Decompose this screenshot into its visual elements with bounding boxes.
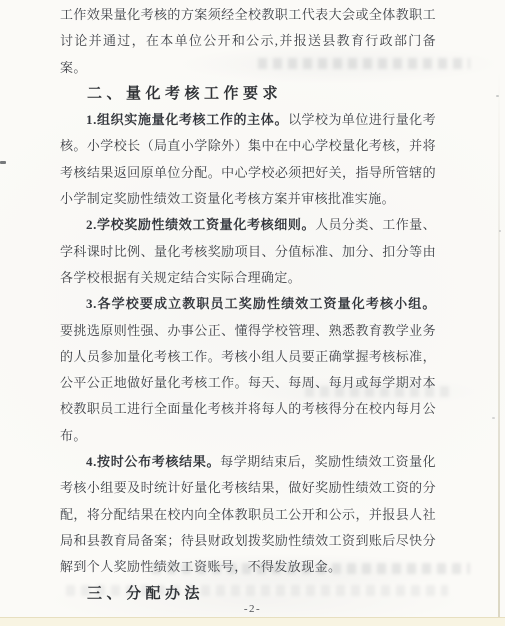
item-3-lead: 3.各学校要成立教职员工奖励性绩效工资量化考核小组。	[86, 296, 436, 311]
scan-bottom-edge	[0, 617, 505, 626]
intro-paragraph: 工作效果量化考核的方案须经全校教职工代表大会或全体教职工讨论并通过，在本单位公开…	[60, 2, 436, 81]
section-heading-2: 二、量化考核工作要求	[60, 81, 436, 107]
scan-bleedthrough-artifact	[152, 563, 470, 574]
scan-speck	[496, 95, 499, 97]
numbered-item-3: 3.各学校要成立教职员工奖励性绩效工资量化考核小组。要挑选原则性强、办事公正、懂…	[60, 291, 436, 449]
scan-edge-line	[498, 70, 500, 626]
scan-bleedthrough-artifact	[305, 386, 450, 397]
item-2-lead: 2.学校奖励性绩效工资量化考核细则。	[86, 217, 315, 232]
item-3-body: 要挑选原则性强、办事公正、懂得学校管理、熟悉教育教学业务的人员参加量化考核工作。…	[60, 323, 436, 443]
scan-bleedthrough-artifact	[66, 585, 448, 596]
numbered-item-1: 1.组织实施量化考核工作的主体。以学校为单位进行量化考核。小学校长（局直小学除外…	[60, 107, 436, 212]
page-number: -2-	[0, 603, 505, 615]
item-4-lead: 4.按时公布考核结果。	[86, 454, 220, 469]
scanned-document-page: 工作效果量化考核的方案须经全校教职工代表大会或全体教职工讨论并通过，在本单位公开…	[0, 0, 505, 626]
scan-speck	[499, 230, 501, 232]
item-4-body: 每学期结束后，奖励性绩效工资量化考核小组要及时统计好量化考核结果，做好奖励性绩效…	[60, 454, 436, 574]
document-body: 工作效果量化考核的方案须经全校教职工代表大会或全体教职工讨论并通过，在本单位公开…	[60, 2, 436, 607]
scan-edge-mark	[0, 161, 6, 164]
numbered-item-4: 4.按时公布考核结果。每学期结束后，奖励性绩效工资量化考核小组要及时统计好量化考…	[60, 449, 436, 580]
numbered-item-2: 2.学校奖励性绩效工资量化考核细则。人员分类、工作量、学科课时比例、量化考核奖励…	[60, 212, 436, 291]
scan-speck	[492, 417, 495, 419]
scan-bleedthrough-artifact	[258, 58, 470, 69]
item-1-lead: 1.组织实施量化考核工作的主体。	[86, 112, 288, 127]
